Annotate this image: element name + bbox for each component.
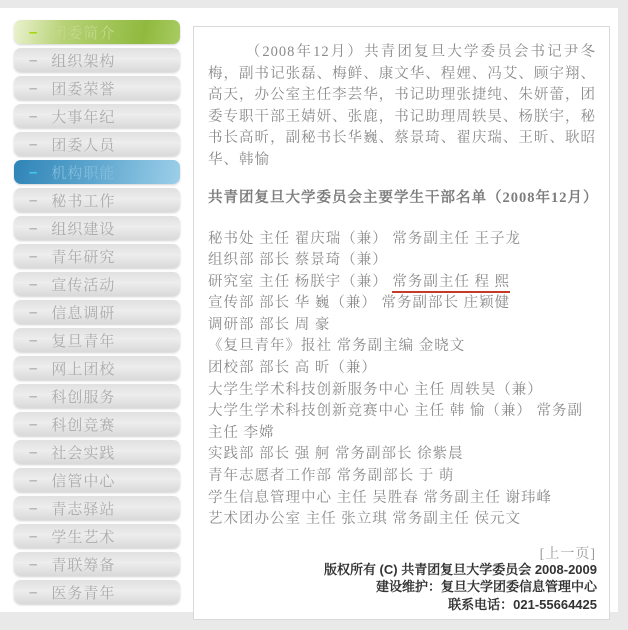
sidebar-item-label: 机构职能 (51, 162, 115, 183)
footer-line: 版权所有 (C) 共青团复旦大学委员会 2008-2009 (324, 561, 597, 579)
roster-line: 秘书处 主任 翟庆瑞（兼） 常务副主任 王子龙 (208, 229, 596, 251)
sidebar-item[interactable]: –复旦青年 (14, 328, 180, 352)
sidebar-item[interactable]: –宣传活动 (14, 272, 180, 296)
sidebar-item-label: 团委简介 (51, 22, 115, 43)
dash-icon: – (29, 220, 38, 237)
roster-text: 调研部 部长 周 豪 (208, 317, 330, 333)
sidebar-item-label: 青年研究 (51, 246, 115, 267)
dash-icon: – (29, 108, 38, 125)
roster-line: 《复旦青年》报社 常务副主编 金晓文 (208, 336, 596, 358)
red-underlined-text: 常务副主任 程 熙 (392, 274, 510, 293)
roster-text: 秘书处 主任 翟庆瑞（兼） 常务副主任 王子龙 (208, 231, 521, 247)
dash-icon: – (29, 192, 38, 209)
dash-icon: – (29, 472, 38, 489)
roster-text: 实践部 部长 强 舸 常务副部长 徐紫晨 (208, 446, 464, 462)
roster-line: 大学生学术科技创新竞赛中心 主任 韩 愉（兼） 常务副主任 李嫦 (208, 401, 596, 444)
sidebar-item[interactable]: –青志驿站 (14, 496, 180, 520)
sidebar-item[interactable]: –团委简介 (14, 20, 180, 44)
sidebar-item[interactable]: –信管中心 (14, 468, 180, 492)
sidebar-item-label: 信管中心 (51, 470, 115, 491)
sidebar-item-label: 网上团校 (51, 358, 115, 379)
roster-text: 艺术团办公室 主任 张立琪 常务副主任 侯元文 (208, 511, 521, 527)
roster-line: 实践部 部长 强 舸 常务副部长 徐紫晨 (208, 444, 596, 466)
roster-line: 青年志愿者工作部 常务副部长 于 萌 (208, 466, 596, 488)
page: –团委简介–组织架构–团委荣誉–大事年纪–团委人员–机构职能–秘书工作–组织建设… (0, 0, 628, 630)
sidebar: –团委简介–组织架构–团委荣誉–大事年纪–团委人员–机构职能–秘书工作–组织建设… (14, 20, 180, 604)
sidebar-item-label: 大事年纪 (51, 106, 115, 127)
intro-paragraph: （2008年12月）共青团复旦大学委员会书记尹冬梅，副书记张磊、梅鲜、康文华、程… (208, 42, 596, 171)
dash-icon: – (29, 500, 38, 517)
dash-icon: – (29, 276, 38, 293)
sidebar-item-label: 组织架构 (51, 50, 115, 71)
sidebar-item[interactable]: –机构职能 (14, 160, 180, 184)
dash-icon: – (29, 360, 38, 377)
sidebar-item[interactable]: –科创竞赛 (14, 412, 180, 436)
roster-text: 大学生学术科技创新竞赛中心 主任 韩 愉（兼） 常务副主任 李嫦 (208, 403, 583, 441)
sidebar-item[interactable]: –青年研究 (14, 244, 180, 268)
roster-text: 《复旦青年》报社 常务副主编 金晓文 (208, 338, 465, 354)
sidebar-item[interactable]: –学生艺术 (14, 524, 180, 548)
sidebar-item-label: 青志驿站 (51, 498, 115, 519)
dash-icon: – (29, 528, 38, 545)
sidebar-item[interactable]: –秘书工作 (14, 188, 180, 212)
footer: 版权所有 (C) 共青团复旦大学委员会 2008-2009建设维护：复旦大学团委… (324, 561, 597, 614)
sidebar-item-label: 宣传活动 (51, 274, 115, 295)
roster-text: 研究室 主任 杨朕宇（兼） (208, 274, 392, 290)
sidebar-item-label: 秘书工作 (51, 190, 115, 211)
footer-line: 联系电话：021-55664425 (324, 596, 597, 614)
dash-icon: – (29, 304, 38, 321)
content-panel: （2008年12月）共青团复旦大学委员会书记尹冬梅，副书记张磊、梅鲜、康文华、程… (193, 26, 610, 620)
sidebar-item[interactable]: –团委人员 (14, 132, 180, 156)
sidebar-item[interactable]: –大事年纪 (14, 104, 180, 128)
roster-line: 艺术团办公室 主任 张立琪 常务副主任 侯元文 (208, 509, 596, 531)
dash-icon: – (29, 248, 38, 265)
dash-icon: – (29, 80, 38, 97)
sidebar-item-label: 复旦青年 (51, 330, 115, 351)
sidebar-item[interactable]: –科创服务 (14, 384, 180, 408)
sidebar-item-label: 科创服务 (51, 386, 115, 407)
dash-icon: – (29, 556, 38, 573)
sidebar-item[interactable]: –医务青年 (14, 580, 180, 604)
sidebar-item[interactable]: –信息调研 (14, 300, 180, 324)
sidebar-item-label: 科创竞赛 (51, 414, 115, 435)
dash-icon: – (29, 444, 38, 461)
roster-line: 学生信息管理中心 主任 吴胜春 常务副主任 谢玮峰 (208, 488, 596, 510)
roster-line: 调研部 部长 周 豪 (208, 315, 596, 337)
dash-icon: – (29, 164, 38, 181)
roster-text: 宣传部 部长 华 巍（兼） 常务副部长 庄颖健 (208, 295, 510, 311)
footer-line: 建设维护：复旦大学团委信息管理中心 (324, 578, 597, 596)
sidebar-item-label: 组织建设 (51, 218, 115, 239)
sidebar-item-label: 信息调研 (51, 302, 115, 323)
roster-text: 青年志愿者工作部 常务副部长 于 萌 (208, 468, 454, 484)
roster-heading: 共青团复旦大学委员会主要学生干部名单（2008年12月） (208, 188, 596, 210)
sidebar-item-label: 社会实践 (51, 442, 115, 463)
dash-icon: – (29, 136, 38, 153)
roster-line: 团校部 部长 高 昕（兼） (208, 358, 596, 380)
page-background: –团委简介–组织架构–团委荣誉–大事年纪–团委人员–机构职能–秘书工作–组织建设… (0, 8, 618, 612)
roster-line: 研究室 主任 杨朕宇（兼） 常务副主任 程 熙 (208, 272, 596, 294)
sidebar-item-label: 学生艺术 (51, 526, 115, 547)
sidebar-item-label: 医务青年 (51, 582, 115, 603)
sidebar-item[interactable]: –网上团校 (14, 356, 180, 380)
sidebar-item-label: 青联筹备 (51, 554, 115, 575)
dash-icon: – (29, 332, 38, 349)
sidebar-item[interactable]: –组织架构 (14, 48, 180, 72)
dash-icon: – (29, 416, 38, 433)
roster-text: 团校部 部长 高 昕（兼） (208, 360, 377, 376)
roster-line: 大学生学术科技创新服务中心 主任 周轶昊（兼） (208, 380, 596, 402)
dash-icon: – (29, 24, 38, 41)
dash-icon: – (29, 584, 38, 601)
sidebar-item[interactable]: –社会实践 (14, 440, 180, 464)
roster-text: 组织部 部长 蔡景琦（兼） (208, 252, 388, 268)
sidebar-item-label: 团委荣誉 (51, 78, 115, 99)
roster-line: 组织部 部长 蔡景琦（兼） (208, 250, 596, 272)
sidebar-item[interactable]: –青联筹备 (14, 552, 180, 576)
sidebar-item[interactable]: –组织建设 (14, 216, 180, 240)
roster: 秘书处 主任 翟庆瑞（兼） 常务副主任 王子龙组织部 部长 蔡景琦（兼）研究室 … (208, 229, 596, 531)
roster-text: 大学生学术科技创新服务中心 主任 周轶昊（兼） (208, 382, 543, 398)
roster-text: 学生信息管理中心 主任 吴胜春 常务副主任 谢玮峰 (208, 490, 552, 506)
dash-icon: – (29, 52, 38, 69)
sidebar-item-label: 团委人员 (51, 134, 115, 155)
dash-icon: – (29, 388, 38, 405)
roster-line: 宣传部 部长 华 巍（兼） 常务副部长 庄颖健 (208, 293, 596, 315)
sidebar-item[interactable]: –团委荣誉 (14, 76, 180, 100)
